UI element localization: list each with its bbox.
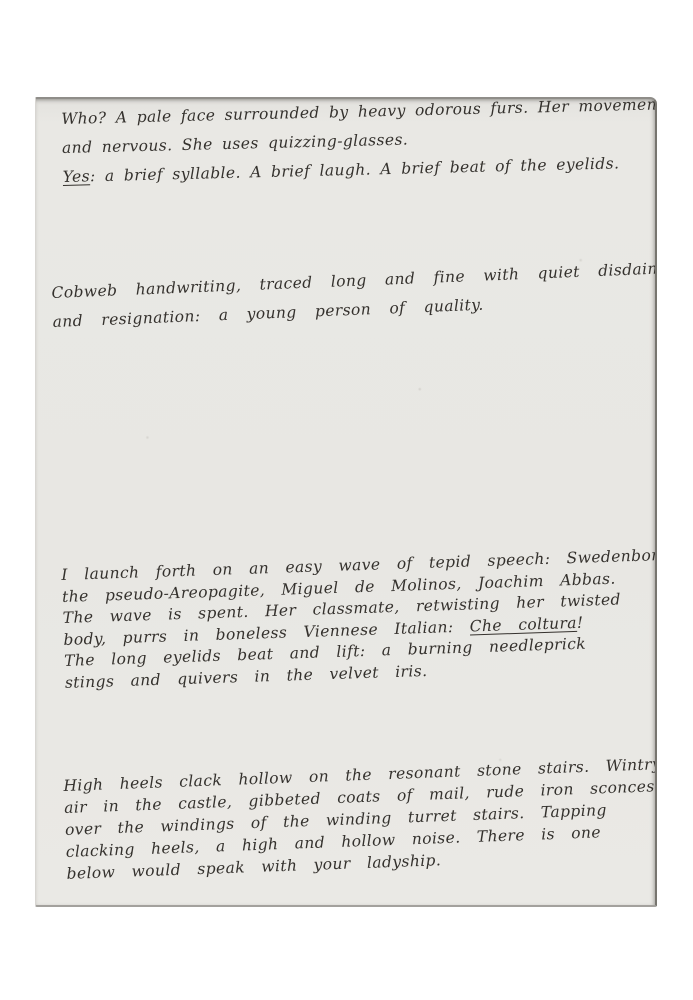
line-text: and nervous. She uses quizzing-glasses.: [62, 131, 409, 157]
manuscript-paragraph: I launch forth on an easy wave of tepid …: [61, 545, 657, 694]
scanned-document: Who? A pale face surrounded by heavy odo…: [0, 0, 693, 1000]
underlined-text: Yes: [63, 167, 91, 186]
manuscript-paragraph: Cobweb handwriting, traced long and fine…: [51, 255, 657, 337]
manuscript-page: Who? A pale face surrounded by heavy odo…: [35, 97, 657, 907]
line-text: !: [577, 613, 584, 631]
manuscript-paragraph: High heels clack hollow on the resonant …: [63, 753, 657, 885]
underlined-text: Che coltura: [469, 613, 577, 635]
manuscript-paragraph: Who? A pale face surrounded by heavy odo…: [61, 97, 657, 192]
